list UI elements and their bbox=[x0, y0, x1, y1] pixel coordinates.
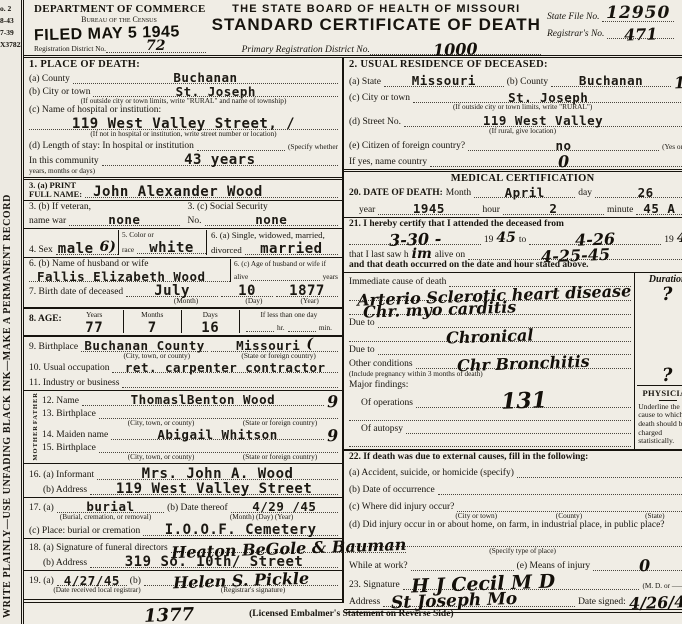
signature-label: 23. Signature bbox=[349, 580, 400, 590]
death-certificate-scan: o. 2 8-43 7-39 X37823 WRITE PLAINLY—USE … bbox=[0, 0, 682, 624]
attended-from-hand: 3-30 - bbox=[389, 233, 442, 248]
registrar-signature: Helen S. Pickle bbox=[173, 573, 309, 591]
veteran-label: 3. (b) If veteran, bbox=[29, 202, 180, 212]
section-sex-race-marital: 4. Sex male 6) 5. Color or race white 6.… bbox=[24, 229, 342, 258]
autopsy-label: Of autopsy bbox=[349, 424, 403, 434]
section-residence: 2. USUAL RESIDENCE OF DECEASED: (a) Stat… bbox=[344, 58, 682, 172]
mother-birthplace-note-state: (State or foreign country) bbox=[222, 453, 338, 461]
sex-value: male bbox=[58, 242, 94, 256]
ssn-value: none bbox=[255, 214, 287, 227]
sex-label: 4. Sex bbox=[29, 245, 53, 255]
section-funeral-director: 18. (a) Signature of funeral directors H… bbox=[24, 539, 342, 572]
industry-label: 11. Industry or business bbox=[29, 378, 119, 388]
dod-year: 1945 bbox=[413, 203, 445, 216]
state-file-label: State File No. bbox=[547, 12, 600, 22]
dod-hour-label: hour bbox=[482, 205, 499, 215]
physician-rule bbox=[659, 400, 677, 401]
dod-minute: 45 A bbox=[643, 203, 675, 216]
informant-value: Mrs. John A. Wood bbox=[142, 467, 294, 481]
residence-county-hand: 11 bbox=[674, 76, 682, 90]
residence-street-value: 119 West Valley bbox=[483, 115, 603, 128]
birthplace-label: 9. Birthplace bbox=[29, 342, 78, 352]
place-heading: 1. PLACE OF DEATH: bbox=[29, 59, 338, 70]
state-board-title: THE STATE BOARD OF HEALTH OF MISSOURI bbox=[212, 3, 541, 15]
edition-line: X37823 bbox=[0, 39, 20, 51]
citizen-label: (e) Citizen of foreign country? bbox=[349, 141, 465, 151]
veteran-value: none bbox=[108, 214, 140, 227]
director-label: 18. (a) Signature of funeral directors bbox=[29, 543, 168, 553]
ssn-label-2: No. bbox=[188, 216, 202, 226]
burial-date-value: 4/29 /45 bbox=[252, 501, 316, 514]
place-city-value: St. Joseph bbox=[176, 86, 256, 99]
birthdate-label: 7. Birth date of deceased bbox=[29, 287, 123, 297]
age-days-label: Days bbox=[188, 310, 233, 319]
residence-county-label: (b) County bbox=[507, 77, 548, 87]
certificate-header: DEPARTMENT OF COMMERCE Bureau of the Cen… bbox=[24, 0, 682, 58]
dod-day-label: day bbox=[578, 188, 592, 198]
burial-place-label: (c) Place: burial or cremation bbox=[29, 526, 140, 536]
age-heading: 8. AGE: bbox=[29, 310, 66, 333]
ssn-label: 3. (c) Social Security bbox=[188, 202, 339, 212]
physician-label: PHYSICIAN bbox=[638, 388, 682, 398]
father-name-value: ThomaslBenton Wood bbox=[131, 394, 275, 407]
race-value: white bbox=[149, 241, 194, 255]
director-address-label: (b) Address bbox=[29, 558, 87, 568]
place-community-label: In this community bbox=[29, 156, 99, 166]
section-registrar: 19. (a) 4/27/45 (b) Helen S. Pickle (Dat… bbox=[24, 571, 342, 603]
section-place-of-death: 1. PLACE OF DEATH: (a) County Buchanan (… bbox=[24, 58, 342, 180]
birthplace-hand-mark: ( bbox=[306, 339, 313, 350]
to-label: to bbox=[519, 235, 526, 245]
external-d-label: (d) Did injury occur in or about home, o… bbox=[349, 520, 682, 530]
physician-note: Underline the cause to which death shoul… bbox=[638, 403, 682, 447]
age-hr-label: hr. bbox=[277, 323, 285, 332]
certificate-footer: 1377 (Licensed Embalmer's Statement on R… bbox=[24, 603, 682, 624]
father-hand-mark: 9 bbox=[327, 396, 339, 409]
residence-street-label: (d) Street No. bbox=[349, 117, 401, 127]
burial-label: 17. (a) bbox=[29, 503, 54, 513]
father-birthplace-note-state: (State or foreign country) bbox=[222, 419, 338, 427]
place-stay-label: (d) Length of stay: In hospital or insti… bbox=[29, 141, 194, 151]
mother-birthplace-note-city: (City, town, or county) bbox=[103, 453, 219, 461]
residence-heading: 2. USUAL RESIDENCE OF DECEASED: bbox=[349, 59, 682, 70]
spouse-age-label: 6. (c) Age of husband or wife if bbox=[234, 259, 338, 268]
from-year-hand: 45 bbox=[496, 233, 515, 244]
dod-minute-label: minute bbox=[607, 205, 633, 215]
residence-state-value: Missouri bbox=[412, 75, 476, 88]
place-hospital-value: 119 West Valley Street, / bbox=[72, 117, 295, 131]
mother-side-label: MOTHER bbox=[32, 425, 39, 461]
registrar-number-label: Registrar's No. bbox=[547, 29, 604, 39]
lastsaw-label-2: alive on bbox=[435, 250, 465, 260]
age-less-label: If less than one day bbox=[246, 310, 332, 319]
duration-hand-1: ? bbox=[662, 288, 673, 303]
father-birthplace-label: 13. Birthplace bbox=[42, 409, 96, 419]
header-right: State File No. 12950 Registrar's No. 471 bbox=[547, 3, 674, 55]
place-county-label: (a) County bbox=[29, 74, 70, 84]
dod-hour: 2 bbox=[549, 203, 557, 216]
operations-hand: 131 bbox=[500, 392, 547, 411]
section-informant: 16. (a) Informant Mrs. John A. Wood (b) … bbox=[24, 464, 342, 498]
occurred-text: and that death occurred on the date and … bbox=[349, 260, 682, 270]
place-stay-note: (Specify whether bbox=[288, 142, 338, 151]
to-year-hand: 45 bbox=[677, 233, 682, 244]
father-name-label: 12. Name bbox=[42, 396, 79, 406]
residence-state-label: (a) State bbox=[349, 77, 381, 87]
race-label: 5. Color or bbox=[122, 230, 206, 239]
section-full-name: 3. (a) PRINT FULL NAME: John Alexander W… bbox=[24, 180, 342, 201]
dod-year-label: year bbox=[349, 205, 375, 215]
duration-physician-rail: Duration ? ? PHYSICIAN Underline the cau… bbox=[634, 273, 682, 449]
burial-date-label: (b) Date thereof bbox=[167, 503, 228, 513]
due-to-label-2: Due to bbox=[349, 345, 375, 355]
lastsaw-hand-mid: im bbox=[412, 249, 432, 260]
veteran-label-2: name war bbox=[29, 216, 66, 226]
external-b-label: (b) Date of occurrence bbox=[349, 485, 435, 495]
section-burial: 17. (a) burial (b) Date thereof 4/29 /45… bbox=[24, 498, 342, 539]
date-signed-hand: 4/26/45 bbox=[629, 596, 682, 611]
citizen-value: no bbox=[556, 140, 572, 153]
received-date: 4/27/45 bbox=[64, 575, 120, 588]
spouse-value: Fallis Elizabeth Wood bbox=[37, 271, 206, 284]
sex-hand-mark: 6) bbox=[100, 242, 116, 253]
occupation-label: 10. Usual occupation bbox=[29, 363, 109, 373]
physician-box: PHYSICIAN Underline the cause to which d… bbox=[637, 385, 682, 449]
age-months: 7 bbox=[130, 321, 175, 335]
section-age: 8. AGE: Years 77 Months 7 Days 16 If les… bbox=[24, 309, 342, 337]
section-physician-signature: 23. Signature H J Cecil M D (M. D. or ——… bbox=[344, 573, 682, 613]
received-label: 19. (a) bbox=[29, 576, 54, 586]
registrar-number-value: 471 bbox=[624, 28, 658, 42]
section-cause-of-death: Immediate cause of death Arterio Sclerot… bbox=[344, 273, 682, 451]
certificate-title: STANDARD CERTIFICATE OF DEATH bbox=[212, 15, 541, 35]
form-edition-notes: o. 2 8-43 7-39 X37823 bbox=[0, 3, 20, 51]
marital-label: 6. (a) Single, widowed, married, bbox=[211, 230, 338, 240]
section-attendance: 21. I hereby certify that I attended the… bbox=[344, 218, 682, 274]
marital-value: married bbox=[260, 242, 323, 256]
dod-month: April bbox=[505, 187, 545, 200]
header-center: THE STATE BOARD OF HEALTH OF MISSOURI ST… bbox=[212, 3, 541, 55]
dod-month-label: Month bbox=[446, 188, 471, 198]
occupation-value: ret. carpenter contractor bbox=[125, 362, 326, 375]
department-title: DEPARTMENT OF COMMERCE bbox=[34, 3, 206, 15]
right-column: 2. USUAL RESIDENCE OF DECEASED: (a) Stat… bbox=[344, 58, 682, 603]
edition-line: o. 2 bbox=[0, 3, 20, 15]
md-note: (M. D. or ———) bbox=[642, 581, 682, 590]
primary-registration-label: Primary Registration District No. bbox=[242, 45, 370, 55]
informant-label: 16. (a) Informant bbox=[29, 470, 94, 480]
fullname-value: John Alexander Wood bbox=[93, 185, 263, 199]
birth-month: July bbox=[154, 284, 190, 298]
cause-label: Immediate cause of death bbox=[349, 277, 446, 287]
edition-line: 7-39 bbox=[0, 27, 20, 39]
birthplace-value: Buchanan County bbox=[84, 340, 204, 353]
mother-hand-mark: 9 bbox=[327, 430, 339, 443]
external-c-label: (c) Where did injury occur? bbox=[349, 502, 454, 512]
residence-city-label: (c) City or town bbox=[349, 93, 410, 103]
primary-registration-value: 1000 bbox=[433, 43, 478, 57]
footer-number-hand: 1377 bbox=[144, 608, 195, 624]
state-file-number: 12950 bbox=[606, 7, 670, 21]
informant-address-value: 119 West Valley Street bbox=[116, 482, 312, 496]
marital-label-2: divorced bbox=[211, 245, 242, 255]
other-conditions-label: Other conditions bbox=[349, 359, 413, 369]
while-at-work-label: While at work? bbox=[349, 561, 408, 571]
from-year-label: 19 bbox=[484, 235, 494, 245]
certificate-body: DEPARTMENT OF COMMERCE Bureau of the Cen… bbox=[21, 0, 682, 624]
header-left: DEPARTMENT OF COMMERCE Bureau of the Cen… bbox=[34, 3, 206, 55]
lastsaw-date-hand: 4-25-45 bbox=[541, 248, 610, 263]
citizen-note: (Yes or No) bbox=[662, 142, 682, 151]
age-min-label: min. bbox=[319, 323, 332, 332]
cause-hand-2: Chr. myo carditis bbox=[363, 302, 517, 320]
father-birthplace-note-city: (City, town, or county) bbox=[103, 419, 219, 427]
medical-certification-heading: MEDICAL CERTIFICATION bbox=[451, 173, 595, 184]
place-hospital-label: (c) Name of hospital or institution: bbox=[29, 105, 161, 115]
margin-instruction: WRITE PLAINLY—USE UNFADING BLACK INK—MAK… bbox=[2, 62, 13, 618]
edition-line: 8-43 bbox=[0, 15, 20, 27]
section-date-of-death: 20. DATE OF DEATH: Month April day 26 ye… bbox=[344, 184, 682, 218]
section-spouse-birthdate: 6. (b) Name of husband or wife Fallis El… bbox=[24, 258, 342, 310]
spouse-label: 6. (b) Name of husband or wife bbox=[29, 259, 230, 269]
dod-day: 26 bbox=[638, 187, 654, 200]
residence-county-value: Buchanan bbox=[579, 75, 643, 88]
informant-address-label: (b) Address bbox=[29, 485, 87, 495]
place-community-value: 43 years bbox=[184, 153, 255, 167]
burial-method: burial bbox=[86, 501, 134, 514]
burial-place-value: I.O.O.F. Cemetery bbox=[165, 523, 317, 537]
form-columns: 1. PLACE OF DEATH: (a) County Buchanan (… bbox=[24, 58, 682, 603]
other-conditions-hand: Chr Bronchitis bbox=[457, 356, 590, 373]
spouse-age-unit: years bbox=[323, 272, 338, 281]
section-parents: FATHER MOTHER 12. Name ThomaslBenton Woo… bbox=[24, 391, 342, 464]
duration-hand-2: ? bbox=[662, 369, 673, 384]
external-heading: 22. If death was due to external causes,… bbox=[349, 452, 682, 462]
age-years-label: Years bbox=[72, 310, 117, 319]
birth-year: 1877 bbox=[289, 284, 325, 298]
registration-district-value: 72 bbox=[146, 41, 165, 52]
lastsaw-label: that I last saw h bbox=[349, 250, 409, 260]
spouse-age-label-2: alive bbox=[234, 272, 248, 281]
section-veteran-ssn: 3. (b) If veteran, name war none 3. (c) … bbox=[24, 201, 342, 229]
left-column: 1. PLACE OF DEATH: (a) County Buchanan (… bbox=[24, 58, 342, 603]
mother-name-label: 14. Maiden name bbox=[42, 430, 108, 440]
age-years: 77 bbox=[72, 321, 117, 335]
age-days: 16 bbox=[188, 321, 233, 335]
director-address-value: 319 So. 10th/ Street bbox=[125, 555, 304, 569]
residence-city-value: St. Joseph bbox=[508, 92, 588, 105]
birthplace-state: Missouri bbox=[236, 340, 300, 353]
operations-label: Of operations bbox=[349, 398, 413, 408]
dod-label: 20. DATE OF DEATH: bbox=[349, 188, 443, 198]
major-findings-label: Major findings: bbox=[349, 380, 631, 390]
due-to-hand: Chronical bbox=[446, 329, 534, 345]
external-a-label: (a) Accident, suicide, or homicide (spec… bbox=[349, 468, 514, 478]
name-country-hand: 0 bbox=[557, 156, 569, 169]
name-country-label: If yes, name country bbox=[349, 157, 427, 167]
mother-birthplace-label: 15. Birthplace bbox=[42, 443, 96, 453]
fullname-label-2: FULL NAME: bbox=[29, 189, 82, 199]
age-months-label: Months bbox=[130, 310, 175, 319]
mother-name-value: Abigail Whitson bbox=[157, 429, 277, 442]
registration-district-label: Registration District No. bbox=[34, 44, 106, 53]
to-year-label: 19 bbox=[664, 235, 674, 245]
race-label-2: race bbox=[122, 245, 134, 254]
section-external-causes: 22. If death was due to external causes,… bbox=[344, 451, 682, 573]
certify-text: 21. I hereby certify that I attended the… bbox=[349, 219, 682, 229]
father-side-label: FATHER bbox=[32, 392, 39, 424]
birth-day: 10 bbox=[238, 284, 256, 298]
means-of-injury-hand: 0 bbox=[639, 560, 651, 573]
physician-address-hand: St Joseph Mo bbox=[391, 593, 518, 611]
section-birthplace-occupation: 9. Birthplace Buchanan County Missouri (… bbox=[24, 337, 342, 391]
